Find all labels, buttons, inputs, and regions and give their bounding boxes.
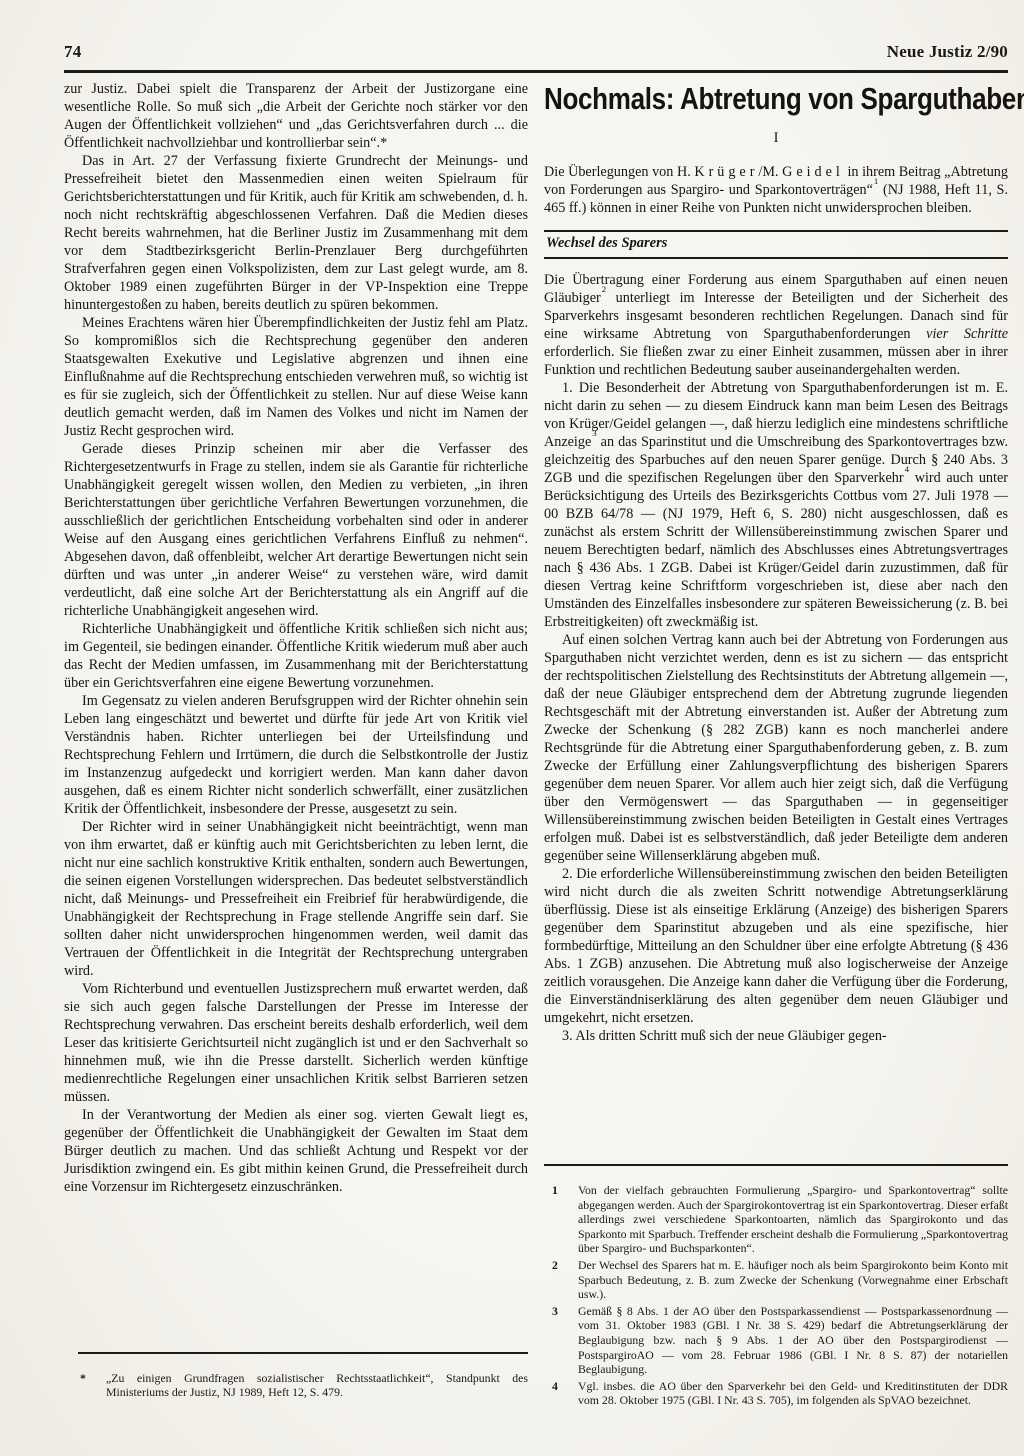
two-column-layout: zur Justiz. Dabei spielt die Transparenz… (64, 80, 1008, 1456)
body-paragraph: 2. Die erforderliche Willensübereinstimm… (544, 865, 1008, 1027)
header-divider (64, 70, 1008, 73)
page-header: 74 Neue Justiz 2/90 (64, 42, 1008, 62)
footnote-number: 1 (552, 1183, 578, 1256)
section-numeral: I (544, 130, 1008, 147)
footnote-item: * „Zu einigen Grundfragen sozialistische… (64, 1371, 528, 1400)
article-title-text: Nochmals: Abtretung von Sparguthaben (544, 81, 1024, 117)
body-paragraph: zur Justiz. Dabei spielt die Transparenz… (64, 80, 528, 152)
left-column: zur Justiz. Dabei spielt die Transparenz… (64, 80, 528, 1456)
footnote-divider (544, 1164, 1008, 1166)
body-paragraph: 3. Als dritten Schritt muß sich der neue… (544, 1027, 1008, 1045)
body-paragraph: Vom Richterbund und eventuellen Justizsp… (64, 980, 528, 1106)
body-paragraph: Das in Art. 27 der Verfassung fixierte G… (64, 152, 528, 314)
body-paragraph: In der Verantwortung der Medien als eine… (64, 1106, 528, 1196)
right-column: Nochmals: Abtretung von Sparguthaben I D… (544, 80, 1008, 1456)
intro-paragraph: Die Überlegungen von H. Krüger/M. Geidel… (544, 163, 1008, 217)
body-paragraph: 1. Die Besonderheit der Abtretung von Sp… (544, 379, 1008, 631)
footnote-divider (78, 1352, 528, 1354)
footnote-marker: * (80, 1371, 106, 1400)
footnote-number: 2 (552, 1258, 578, 1302)
footnote-item: 3 Gemäß § 8 Abs. 1 der AO über den Posts… (544, 1304, 1008, 1377)
journal-page: 74 Neue Justiz 2/90 zur Justiz. Dabei sp… (0, 0, 1024, 1456)
footnote-number: 3 (552, 1304, 578, 1377)
footnote-text: Gemäß § 8 Abs. 1 der AO über den Postspa… (578, 1304, 1008, 1377)
body-paragraph: Richterliche Unabhängigkeit und öffentli… (64, 620, 528, 692)
right-footnote-block: 1 Von der vielfach gebrauchten Formulier… (544, 1164, 1008, 1456)
footnote-text: Der Wechsel des Sparers hat m. E. häufig… (578, 1258, 1008, 1302)
footnote-text: Von der vielfach gebrauchten Formulierun… (578, 1183, 1008, 1256)
article-title: Nochmals: Abtretung von Sparguthaben (544, 80, 1008, 114)
footnote-text: „Zu einigen Grundfragen sozialistischer … (106, 1371, 528, 1400)
body-paragraph: Meines Erachtens wären hier Überempfindl… (64, 314, 528, 440)
footnote-item: 1 Von der vielfach gebrauchten Formulier… (544, 1183, 1008, 1256)
page-number: 74 (64, 42, 81, 62)
body-paragraph: Im Gegensatz zu vielen anderen Berufsgru… (64, 692, 528, 818)
subsection-heading: Wechsel des Sparers (544, 230, 1008, 259)
journal-title: Neue Justiz 2/90 (887, 42, 1008, 62)
footnote-item: 2 Der Wechsel des Sparers hat m. E. häuf… (544, 1258, 1008, 1302)
left-footnote-block: * „Zu einigen Grundfragen sozialistische… (64, 1352, 528, 1456)
footnote-item: 4 Vgl. insbes. die AO über den Sparverke… (544, 1379, 1008, 1408)
body-paragraph: Auf einen solchen Vertrag kann auch bei … (544, 631, 1008, 865)
footnote-number: 4 (552, 1379, 578, 1408)
body-paragraph: Die Übertragung einer Forderung aus eine… (544, 271, 1008, 379)
body-paragraph: Der Richter wird in seiner Unabhängigkei… (64, 818, 528, 980)
body-paragraph: Gerade dieses Prinzip scheinen mir aber … (64, 440, 528, 620)
footnote-text: Vgl. insbes. die AO über den Sparverkehr… (578, 1379, 1008, 1408)
